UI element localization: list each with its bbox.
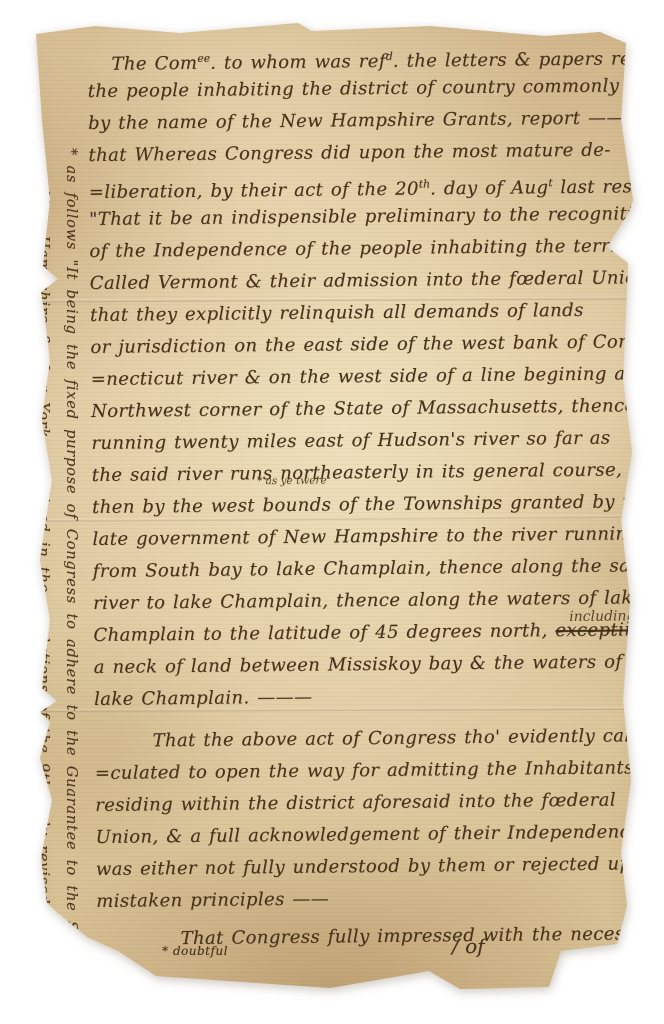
- manuscript-scan: * as follows "It being the fixed purpose…: [0, 0, 664, 1024]
- margin-note: * as follows "It being the fixed purpose…: [25, 148, 85, 972]
- paper-shadow: * as follows "It being the fixed purpose…: [0, 0, 664, 1024]
- text-fragment: =liberation, by their act of the 20: [89, 179, 419, 203]
- manuscript-text-block: The Comee. to whom was refd. the letters…: [87, 38, 642, 956]
- inserted-word: including: [569, 600, 636, 633]
- text-fragment: last resolve: [553, 176, 664, 198]
- text-fragment: then by the west bounds: [92, 494, 331, 518]
- text-fragment: The Com: [111, 53, 197, 75]
- text-fragment: of the Townships granted by the: [331, 491, 653, 515]
- catchword: / of: [452, 934, 485, 958]
- manuscript-line: lake Champlain. ———: [94, 678, 639, 716]
- manuscript-line: a neck of land between Missiskoy bay & t…: [94, 646, 639, 684]
- footnote-doubtful: * doubtful: [162, 944, 228, 958]
- text-fragment: Champlain to the latitude of 45 degrees …: [93, 620, 555, 646]
- correction-group: includingexcepting: [555, 614, 648, 647]
- superscript-abbreviation: th: [419, 177, 430, 190]
- interlinear-insertion: * as ye twere: [257, 465, 327, 498]
- margin-note-line-2: New Hampshire & New York, contained in t…: [29, 148, 57, 972]
- manuscript-line: was either not fully understood by them …: [96, 848, 641, 886]
- text-fragment: . to whom was ref: [210, 51, 386, 74]
- manuscript-line: mistaken principles ——: [96, 880, 641, 918]
- manuscript-line: Champlain to the latitude of 45 degrees …: [93, 614, 638, 652]
- superscript-abbreviation: ee: [197, 52, 210, 65]
- text-fragment: . the letters & papers relative to: [393, 48, 664, 72]
- text-fragment: . day of Aug: [430, 177, 548, 199]
- manuscript-page: * as follows "It being the fixed purpose…: [0, 0, 664, 1024]
- margin-note-line-1: * as follows "It being the fixed purpose…: [57, 148, 85, 972]
